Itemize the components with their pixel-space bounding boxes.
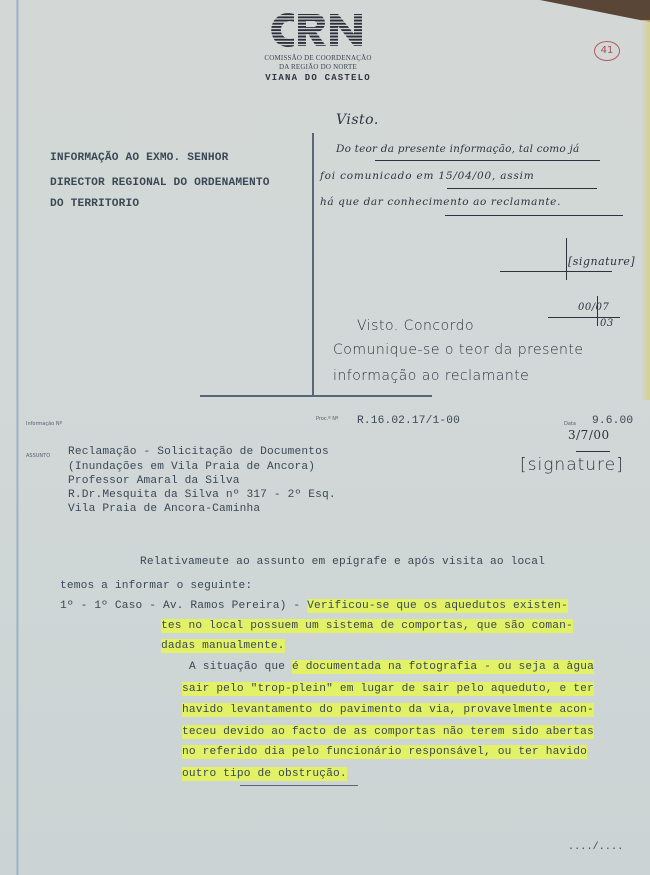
- letterhead-line2: DA REGIÃO DO NORTE: [258, 63, 378, 71]
- dispatch-divider-vertical: [312, 133, 314, 395]
- date-label: Data: [564, 421, 576, 427]
- page-number-annotation: 41: [594, 41, 620, 61]
- highlighted-text: outro tipo de obstrução.: [182, 767, 347, 781]
- binding-fold: [16, 0, 19, 875]
- subject-line: (Inundações em Vila Praia de Ancora): [68, 461, 315, 473]
- body-para2-line6: outro tipo de obstrução.: [182, 768, 347, 780]
- handwritten-underline: [375, 160, 600, 161]
- document-date: 9.6.00: [592, 415, 633, 427]
- body-intro-line2: temos a informar o seguinte:: [60, 580, 252, 592]
- body-item-line3: dadas manualmente.: [161, 640, 285, 652]
- subject-line: Vila Praia de Ancora-Caminha: [68, 503, 260, 515]
- handwritten-line2: foi comunicado em 15/04/00, assim: [320, 170, 535, 182]
- highlighted-text: provavelmente acon-: [463, 703, 593, 717]
- item-prefix: 1º - 1º Caso - Av. Ramos Pereira) -: [60, 600, 307, 612]
- subject-line: R.Dr.Mesquita da Silva nº 317 - 2º Esq.: [68, 489, 336, 501]
- date-stroke: [597, 296, 598, 326]
- handwritten-heading: Visto.: [336, 112, 379, 128]
- handwritten-line1: Do teor da presente informação, tal como…: [336, 143, 579, 155]
- document-page: COMISSÃO DE COORDENAÇÃO DA REGIÃO DO NOR…: [0, 0, 650, 875]
- dispatch-date-bottom: 03: [600, 318, 614, 329]
- handwritten-underline: [447, 188, 597, 189]
- body-para2-line5: no referido dia pelo funcionário respons…: [182, 746, 587, 758]
- signature-stroke: [566, 238, 567, 280]
- body-para2-line2: sair pelo "trop-plein" em lugar de sair …: [182, 683, 594, 695]
- crn-logo-icon: [264, 10, 368, 50]
- dispatch-signature: [signature]: [568, 255, 635, 268]
- handwritten-note-line1: Visto. Concordo: [357, 318, 474, 334]
- subject-line: Professor Amaral da Silva: [68, 475, 240, 487]
- highlighted-text: sair pelo "trop-plein" em lugar de sair …: [182, 682, 594, 696]
- addressee-line2: DIRECTOR REGIONAL DO ORDENAMENTO: [50, 177, 270, 189]
- dispatch-date-top: 00/07: [578, 302, 609, 313]
- page-edge: [642, 20, 650, 400]
- addressee-line1: INFORMAÇÃO AO EXMO. SENHOR: [50, 152, 228, 164]
- highlighted-text: dadas manualmente.: [161, 639, 285, 653]
- body-intro-line1: Relativameute ao assunto em epígrafe e a…: [140, 556, 545, 568]
- dispatch-divider-horizontal: [200, 395, 432, 397]
- subject-label: ASSUNTO: [26, 453, 50, 459]
- body-para2-line1: A situação que é documentada na fotograf…: [189, 661, 594, 673]
- body-para2-line3: havido levantamento do pavimento da via,…: [182, 704, 594, 716]
- highlighted-text: é documentada na fotografia - ou seja a …: [292, 660, 594, 674]
- handwritten-note-line2: Comunique-se o teor da presente: [333, 342, 584, 358]
- date-underline: [576, 451, 610, 452]
- letterhead-line1: COMISSÃO DE COORDENAÇÃO: [258, 54, 378, 62]
- para2-start: A situação que: [189, 661, 292, 673]
- background-corner: [540, 0, 650, 22]
- continuation-mark: ..../....: [568, 842, 623, 853]
- handwritten-date: 3/7/00: [568, 428, 610, 442]
- addressee-line3: DO TERRITORIO: [50, 198, 139, 210]
- signature-line: [500, 271, 612, 272]
- text-underline: [240, 785, 358, 786]
- handwritten-signature: [signature]: [520, 455, 624, 475]
- handwritten-underline: [445, 215, 623, 216]
- subject-line: Reclamação - Solicitação de Documentos: [68, 446, 329, 458]
- highlighted-text: Verificou-se que os aquedutos existen-: [307, 599, 568, 613]
- body-item-line2: tes no local possuem um sistema de compo…: [161, 620, 573, 632]
- body-item-line1: 1º - 1º Caso - Av. Ramos Pereira) - Veri…: [60, 600, 568, 612]
- body-para2-line4: teceu devido ao facto de as comportas nã…: [182, 726, 594, 738]
- highlighted-text: no referido dia pelo funcionário respons…: [182, 745, 587, 759]
- proc-number: R.16.02.17/1-00: [357, 415, 460, 427]
- handwritten-note-line3: informação ao reclamante: [333, 368, 529, 384]
- highlighted-text: tes no local possuem um sistema de compo…: [161, 619, 573, 633]
- highlighted-text: teceu devido ao facto de as comportas nã…: [182, 725, 594, 739]
- letterhead-city: VIANA DO CASTELO: [258, 73, 378, 83]
- proc-number-label: Proc.º Nº: [316, 416, 338, 422]
- info-number-label: Informação Nº: [26, 421, 62, 427]
- letterhead-logo: COMISSÃO DE COORDENAÇÃO DA REGIÃO DO NOR…: [258, 10, 378, 80]
- handwritten-line3: há que dar conhecimento ao reclamante.: [320, 196, 561, 208]
- highlighted-text: havido levantamento do pavimento da via,: [182, 703, 463, 717]
